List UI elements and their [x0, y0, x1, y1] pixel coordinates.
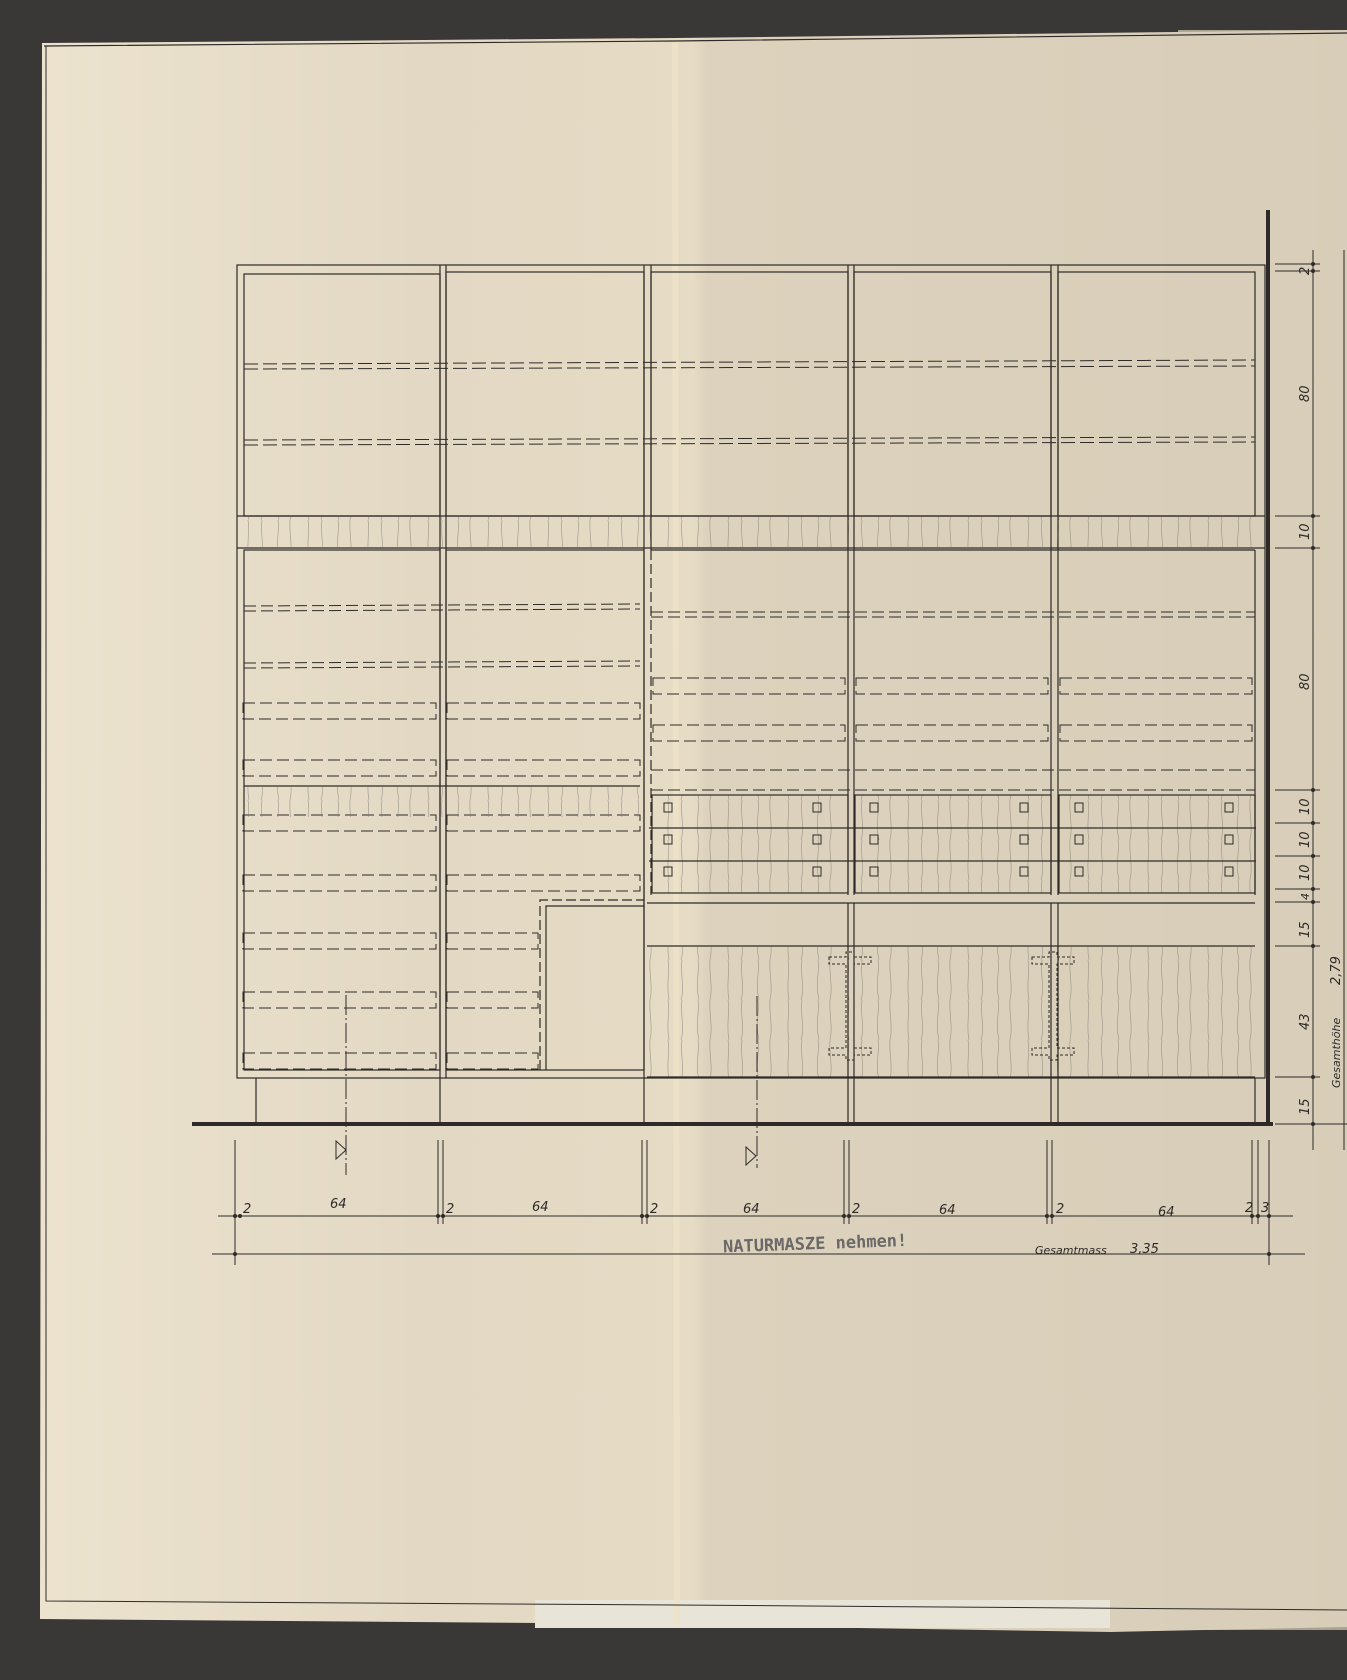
dim-gap-3: 2 [650, 1202, 658, 1217]
dim-gap-end: 3 [1261, 1201, 1269, 1216]
dim-module-5: 64 [1158, 1205, 1175, 1220]
total-height-value: 2,79 [1329, 956, 1344, 985]
dim-height-top: 2 [1298, 267, 1313, 275]
dim-height-drawer-2: 10 [1298, 831, 1313, 848]
total-height-label: Gesamthöhe [1330, 1018, 1343, 1088]
dim-height-rail: 15 [1298, 921, 1313, 938]
technical-drawing-sheet: 2 64 2 64 2 64 2 64 2 64 2 3 Gesamtmass … [0, 0, 1347, 1680]
dim-module-4: 64 [939, 1203, 956, 1218]
dim-gap-4: 2 [852, 1202, 860, 1217]
dim-height-band-1: 10 [1298, 523, 1313, 540]
dim-height-middle: 80 [1298, 673, 1313, 690]
dim-module-1: 64 [330, 1197, 347, 1212]
dim-height-gap: 4 [1299, 893, 1312, 900]
dim-gap-5: 2 [1056, 1202, 1064, 1217]
dim-height-drawer-3: 10 [1298, 864, 1313, 881]
drawer-block [649, 795, 1256, 893]
dim-gap-1: 2 [243, 1202, 251, 1217]
dim-module-3: 64 [743, 1202, 760, 1217]
dim-height-upper: 80 [1298, 385, 1313, 402]
dim-height-base: 15 [1298, 1098, 1313, 1115]
total-width-value: 3,35 [1130, 1242, 1159, 1257]
dim-gap-2: 2 [446, 1202, 454, 1217]
dim-module-2: 64 [532, 1200, 549, 1215]
dim-gap-6: 2 [1245, 1201, 1253, 1216]
dim-height-drawer-1: 10 [1298, 798, 1313, 815]
dim-height-door: 43 [1298, 1013, 1313, 1030]
total-width-label: Gesamtmass [1035, 1244, 1107, 1257]
